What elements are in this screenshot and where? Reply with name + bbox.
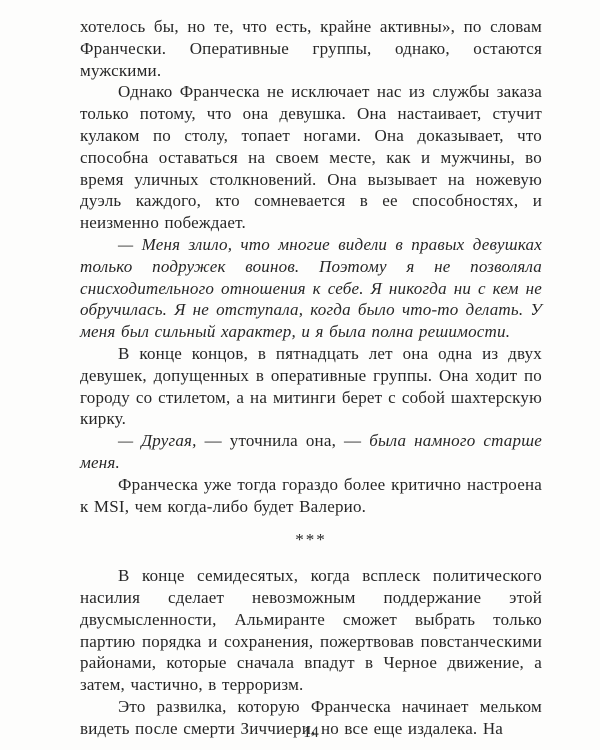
text-run: Однако Франческа не исключает нас из слу… <box>80 82 542 232</box>
text-run: Франческа уже тогда гораздо более критич… <box>80 475 542 516</box>
page-number: 14 <box>80 724 542 742</box>
paragraph: В конце концов, в пятнадцать лет она одн… <box>80 343 542 430</box>
text-run: В конце концов, в пятнадцать лет она одн… <box>80 344 542 428</box>
text-run: — уточнила она, — <box>205 431 370 450</box>
text-block: хотелось бы, но те, что есть, крайне акт… <box>80 16 542 740</box>
text-run: хотелось бы, но те, что есть, крайне акт… <box>80 17 542 80</box>
text-run: В конце семидесятых, когда всплеск полит… <box>80 566 542 694</box>
book-page: хотелось бы, но те, что есть, крайне акт… <box>0 0 600 750</box>
paragraph: В конце семидесятых, когда всплеск полит… <box>80 565 542 696</box>
paragraph: Франческа уже тогда гораздо более критич… <box>80 474 542 518</box>
paragraph: — Меня злило, что многие видели в правых… <box>80 234 542 343</box>
italic-text-run: — Меня злило, что многие видели в правых… <box>80 235 542 341</box>
paragraph: Однако Франческа не исключает нас из слу… <box>80 81 542 234</box>
paragraph: хотелось бы, но те, что есть, крайне акт… <box>80 16 542 81</box>
section-divider: *** <box>80 529 542 551</box>
italic-text-run: — Другая, <box>118 431 205 450</box>
paragraph: — Другая, — уточнила она, — была намного… <box>80 430 542 474</box>
